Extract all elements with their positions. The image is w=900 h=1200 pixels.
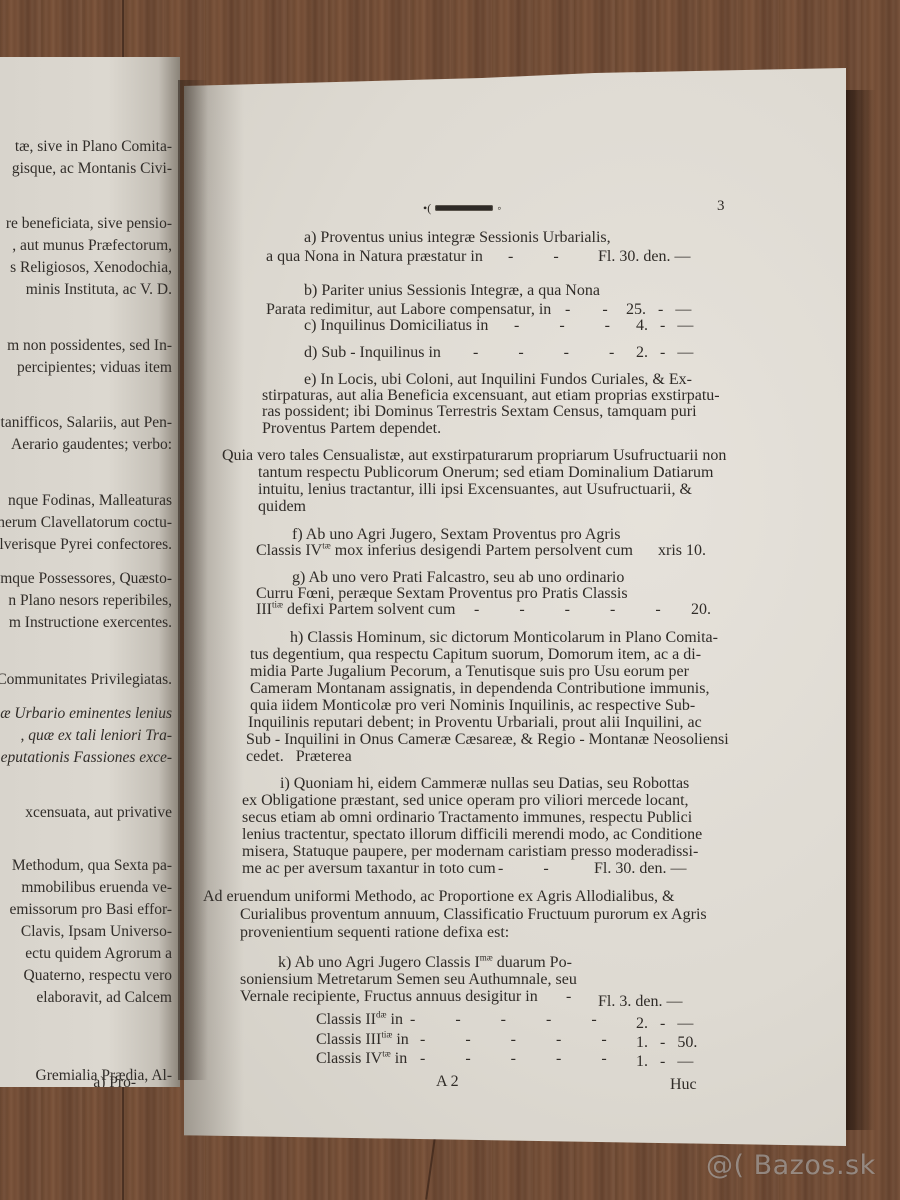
item-i-last-line: me ac per aversum taxantur in toto cum — [242, 859, 496, 879]
class-label: in — [392, 1031, 408, 1048]
item-a-line2: a qua Nona in Natura præstatur in — [266, 247, 483, 267]
left-page-line: gisque, ac Montanis Civi- — [12, 158, 172, 180]
quia-paragraph-line: quidem — [258, 497, 306, 517]
item-i-leaders: - - — [498, 859, 549, 879]
page-number: 3 — [717, 197, 725, 217]
page-edge-shadow — [846, 90, 876, 1130]
left-page-line: minis Instituta, ac V. D. — [26, 279, 172, 301]
left-page-line: xcensuata, aut privative — [25, 802, 172, 824]
left-page-line: Quaterno, respectu vero — [24, 965, 172, 987]
class-row-leaders: - - - - - — [420, 1030, 607, 1050]
left-page-line: m non possidentes, sed In- — [7, 335, 172, 357]
class-row-amount: 1. - — — [636, 1052, 693, 1072]
left-page-line: re beneficiata, sive pensio- — [6, 213, 172, 235]
item-g-leaders: - - - - - — [474, 600, 661, 620]
item-k-superscript: mæ — [480, 953, 493, 963]
item-a-line1: a) Proventus unius integræ Sessionis Urb… — [304, 228, 611, 248]
item-f-text: Classis IV — [256, 542, 322, 559]
left-page-line: nque Fodinas, Malleaturas — [8, 490, 172, 512]
item-c-amount: 4. - — — [636, 316, 693, 336]
left-page-line: Communitates Privilegiatas. — [0, 669, 172, 691]
item-k-text: k) Ab uno Agri Jugero Classis I — [278, 954, 480, 971]
item-f-text: mox inferius desigendi Partem persolvent… — [331, 542, 633, 559]
ornament-circle-icon: ◦ — [497, 202, 501, 214]
left-page-line: lverisque Pyrei confectores. — [0, 534, 172, 556]
left-page-line: s Religiosos, Xenodochia, — [10, 257, 172, 279]
class-row-leaders: - - - - - — [420, 1049, 607, 1069]
catchword: Huc — [670, 1075, 697, 1095]
header-ornament: •( ◦ — [423, 201, 513, 215]
wood-board-seam — [425, 1130, 437, 1200]
item-d-leaders: - - - - — [473, 343, 614, 363]
ornament-rule-icon — [435, 205, 493, 211]
item-f-amount: xris 10. — [658, 541, 706, 561]
item-g-amount: 20. — [691, 600, 711, 620]
class-label: in — [391, 1050, 407, 1067]
class-label: Classis II — [316, 1011, 376, 1028]
class-row-amount: 2. - — — [636, 1014, 693, 1034]
class-label: Classis IV — [316, 1050, 382, 1067]
class-superscript: tiæ — [381, 1030, 392, 1040]
left-page-line: eputationis Fassiones exce- — [1, 747, 172, 769]
item-i-amount: Fl. 30. den. — — [594, 859, 686, 879]
item-k-line3: Vernale recipiente, Fructus annuus desig… — [240, 987, 538, 1007]
item-d-line1: d) Sub - Inquilinus in — [304, 343, 441, 363]
ad-paragraph-line: Curialibus proventum annuum, Classificat… — [240, 905, 707, 925]
left-page-line: Aerario gaudentes; verbo: — [11, 434, 172, 456]
item-c-leaders: - - - — [514, 316, 610, 336]
item-k-line3-amount: Fl. 3. den. — — [598, 992, 682, 1012]
left-page: tæ, sive in Plano Comita-gisque, ac Mont… — [0, 57, 180, 1087]
left-page-line: nerum Clavellatorum coctu- — [0, 512, 172, 534]
ad-paragraph-line: provenientium sequenti ratione defixa es… — [240, 923, 509, 943]
item-h-line: cedet. Præterea — [246, 747, 352, 767]
item-c-line1: c) Inquilinus Domiciliatus in — [304, 316, 488, 336]
class-row: Classis IIItiæ in — [316, 1030, 409, 1050]
item-f-line2: Classis IVtæ mox inferius desigendi Part… — [256, 541, 633, 561]
item-a-leaders: - - — [508, 247, 559, 267]
class-row: Classis IVtæ in — [316, 1049, 407, 1069]
left-page-line: Clavis, Ipsam Universo- — [21, 921, 172, 943]
item-e-line: Proventus Partem dependet. — [262, 419, 441, 439]
left-page-line: m Instructione exercentes. — [9, 612, 172, 634]
quia-paragraph-line: intuitu, lenius tractantur, illi ipsi Ex… — [258, 480, 692, 500]
left-page-line: n Plano nesors reperibiles, — [8, 590, 172, 612]
left-page-line: æ Urbario eminentes lenius — [0, 703, 172, 725]
class-superscript: dæ — [376, 1010, 387, 1020]
class-row-amount: 1. - 50. — [636, 1033, 697, 1053]
left-page-line: elaboravit, ad Calcem — [36, 987, 172, 1009]
item-d-amount: 2. - — — [636, 343, 693, 363]
class-row: Classis IIdæ in — [316, 1010, 403, 1030]
class-label: Classis III — [316, 1031, 381, 1048]
class-row-leaders: - - - - - — [410, 1010, 597, 1030]
left-page-line: percipientes; viduas item — [17, 357, 172, 379]
book-gutter-shadow — [178, 80, 208, 1080]
item-f-superscript: tæ — [322, 541, 331, 551]
left-page-line: tæ, sive in Plano Comita- — [15, 136, 172, 158]
left-page-line: Methodum, qua Sexta pa- — [12, 855, 172, 877]
item-k-line3-leaders: - — [566, 987, 571, 1007]
class-superscript: tæ — [382, 1049, 391, 1059]
left-page-line: emissorum pro Basi effor- — [9, 899, 172, 921]
class-label: in — [387, 1011, 403, 1028]
left-page-line: tanifficos, Salariis, aut Pen- — [1, 412, 172, 434]
item-g-text: defixi Partem solvent cum — [283, 601, 455, 618]
item-k-text: duarum Po- — [493, 954, 572, 971]
item-g-text: III — [256, 601, 272, 618]
left-page-line: , aut munus Præfectorum, — [12, 235, 172, 257]
left-page-line: ectu quidem Agrorum a — [25, 943, 172, 965]
signature-mark: A 2 — [436, 1072, 459, 1092]
ad-paragraph-line: Ad eruendum uniformi Methodo, ac Proport… — [203, 887, 675, 907]
left-page-line: , quæ ex tali leniori Tra- — [20, 725, 172, 747]
item-g-line3: IIItiæ defixi Partem solvent cum — [256, 600, 455, 620]
item-b-line1: b) Pariter unius Sessionis Integræ, a qu… — [304, 281, 600, 301]
ornament-curl-icon: •( — [423, 202, 431, 214]
item-a-amount: Fl. 30. den. — — [598, 247, 690, 267]
left-page-line: imque Possessores, Quæsto- — [0, 568, 172, 590]
watermark: @( Bazos.sk — [706, 1150, 876, 1181]
item-g-superscript: tiæ — [272, 600, 283, 610]
left-page-line: mmobilibus eruenda ve- — [21, 877, 172, 899]
left-page-catchword: a) Pro- — [93, 1072, 136, 1087]
